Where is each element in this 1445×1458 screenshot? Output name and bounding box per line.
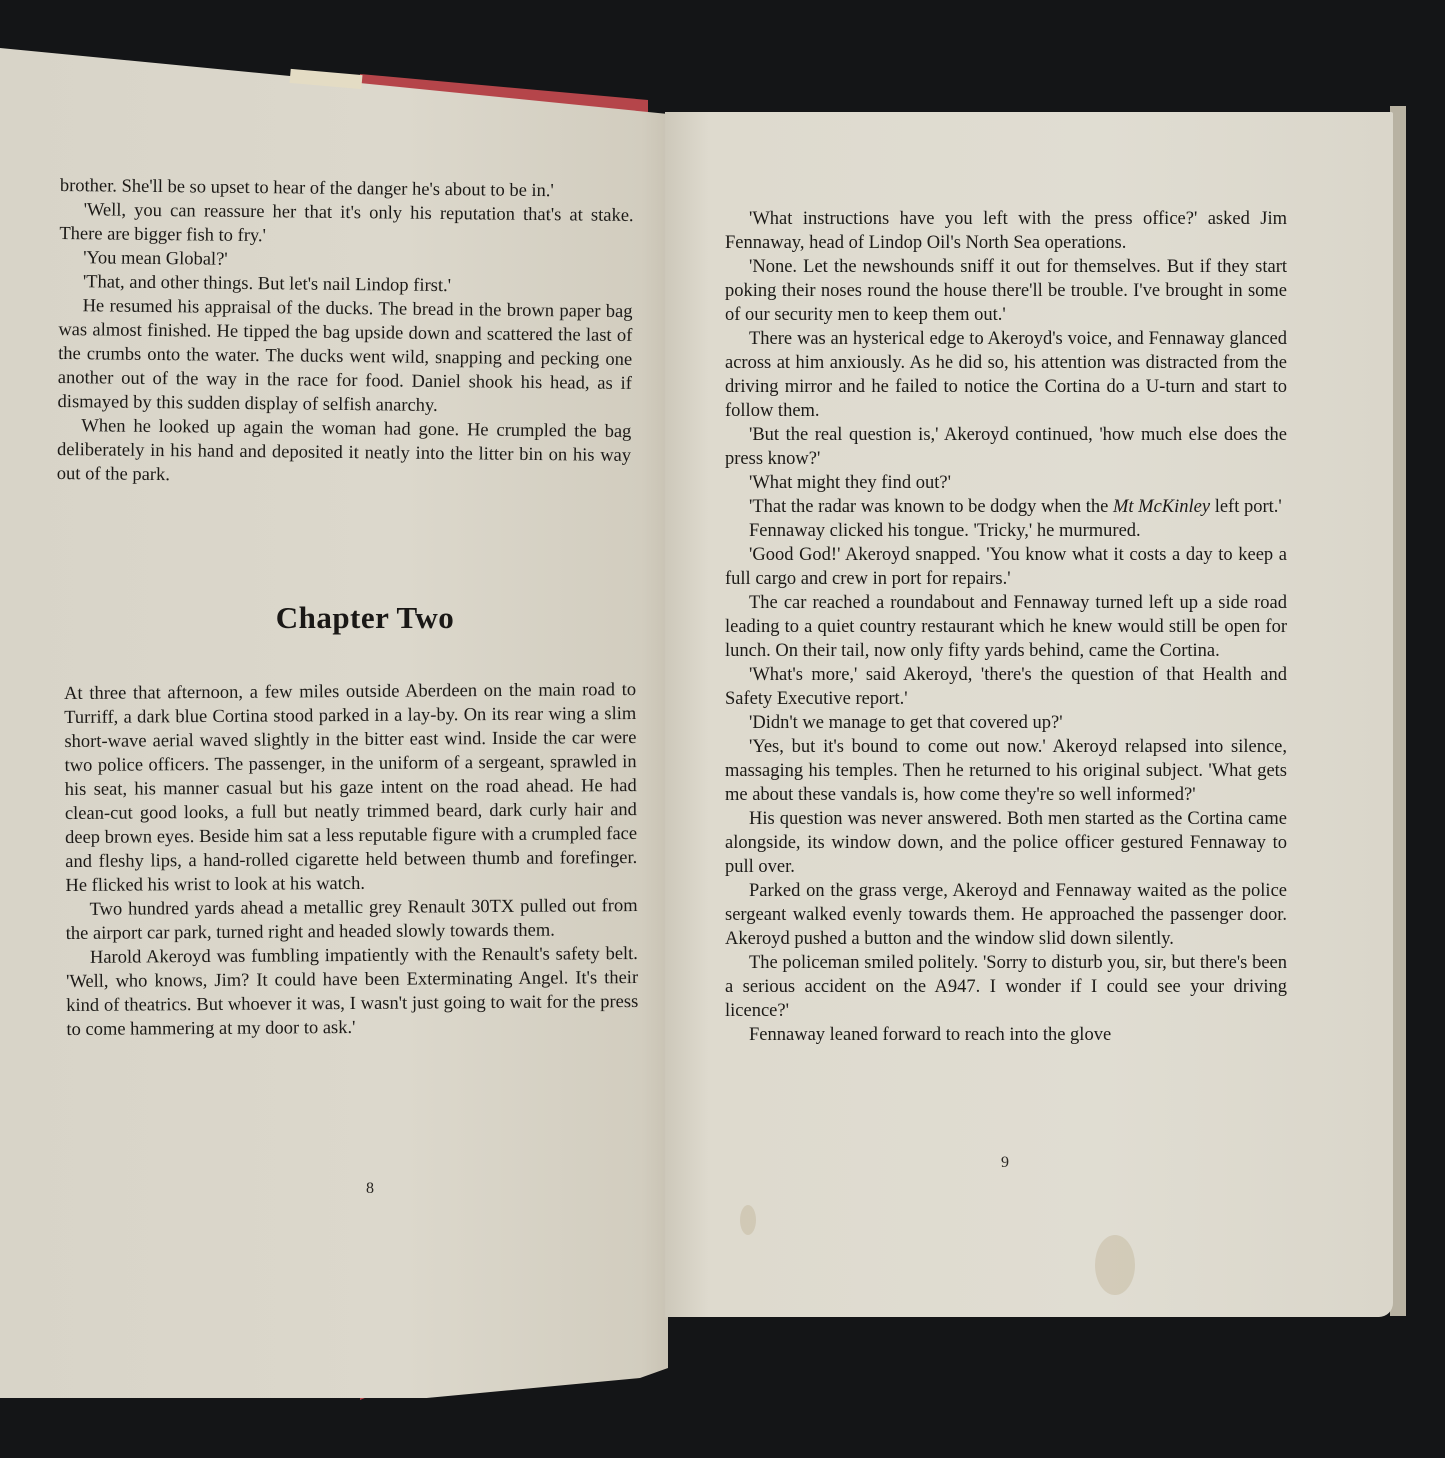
page-number-right: 9 (1001, 1154, 1009, 1172)
paragraph: 'What might they find out?' (725, 471, 1287, 495)
page-number-left: 8 (366, 1180, 374, 1198)
paragraph: 'That the radar was known to be dodgy wh… (725, 495, 1287, 519)
left-page-text-top: brother. She'll be so upset to hear of t… (57, 174, 634, 492)
paragraph: The car reached a roundabout and Fennawa… (725, 591, 1287, 663)
text-span: left port.' (1210, 497, 1282, 517)
paragraph: 'Well, you can reassure her that it's on… (59, 198, 633, 252)
paragraph: He resumed his appraisal of the ducks. T… (57, 294, 632, 420)
paragraph: 'Good God!' Akeroyd snapped. 'You know w… (725, 543, 1287, 591)
paragraph: The policeman smiled politely. 'Sorry to… (725, 951, 1287, 1023)
ship-name-italic: Mt McKinley (1113, 497, 1210, 517)
paragraph: 'Yes, but it's bound to come out now.' A… (725, 735, 1287, 807)
paragraph: At three that afternoon, a few miles out… (64, 678, 637, 898)
paragraph: 'But the real question is,' Akeroyd cont… (725, 423, 1287, 471)
paragraph: 'Didn't we manage to get that covered up… (725, 711, 1287, 735)
paragraph: Fennaway leaned forward to reach into th… (725, 1023, 1287, 1047)
paragraph: Fennaway clicked his tongue. 'Tricky,' h… (725, 519, 1287, 543)
page-stain (1095, 1235, 1135, 1295)
paragraph: Parked on the grass verge, Akeroyd and F… (725, 879, 1287, 951)
paragraph: Two hundred yards ahead a metallic grey … (66, 894, 638, 946)
paragraph: There was an hysterical edge to Akeroyd'… (725, 327, 1287, 423)
paragraph: When he looked up again the woman had go… (57, 414, 632, 492)
right-page-text: 'What instructions have you left with th… (725, 207, 1287, 1047)
left-page-text-bottom: At three that afternoon, a few miles out… (64, 678, 638, 1042)
paragraph: 'None. Let the newshounds sniff it out f… (725, 255, 1287, 327)
paragraph: 'What's more,' said Akeroyd, 'there's th… (725, 663, 1287, 711)
paragraph: 'What instructions have you left with th… (725, 207, 1287, 255)
paragraph: His question was never answered. Both me… (725, 807, 1287, 879)
page-stain (740, 1205, 756, 1235)
text-span: 'That the radar was known to be dodgy wh… (749, 497, 1113, 517)
chapter-heading: Chapter Two (200, 600, 530, 636)
paragraph: Harold Akeroyd was fumbling impatiently … (66, 942, 639, 1042)
